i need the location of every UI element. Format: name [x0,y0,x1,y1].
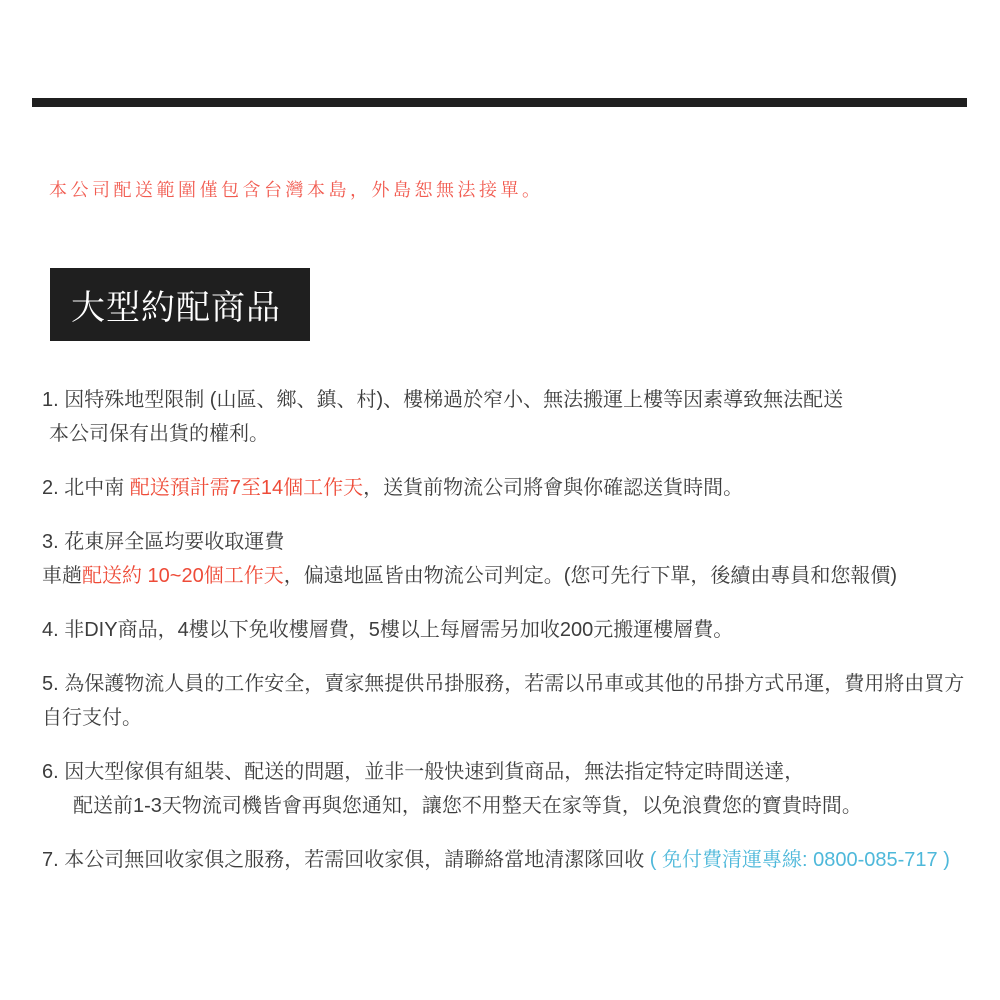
delivery-term-1: 1. 因特殊地型限制 (山區、鄉、鎮、村)、樓梯過於窄小、無法搬運上樓等因素導致… [42,383,972,451]
term-text: 本公司保有出貨的權利。 [49,423,269,445]
section-title-box: 大型約配商品 [50,268,310,341]
term-text: 2. 北中南 [42,477,130,499]
hotline-text: ( 免付費清運專線: 0800-085-717 ) [650,849,950,871]
term-text: 1. 因特殊地型限制 (山區、鄉、鎮、村)、樓梯過於窄小、無法搬運上樓等因素導致… [42,389,843,411]
term-line: 5. 為保護物流人員的工作安全，賣家無提供吊掛服務，若需以吊車或其他的吊掛方式吊… [42,667,972,701]
delivery-term-2: 2. 北中南 配送預計需7至14個工作天，送貨前物流公司將會與你確認送貨時間。 [42,471,972,505]
term-text: 3. 花東屏全區均要收取運費 [42,531,284,553]
highlight-lead-time-text: 配送約 10~20個工作天 [82,565,284,587]
term-text: 4. 非DIY商品，4樓以下免收樓層費，5樓以上每層需另加收200元搬運樓層費。 [42,619,733,641]
delivery-term-5: 5. 為保護物流人員的工作安全，賣家無提供吊掛服務，若需以吊車或其他的吊掛方式吊… [42,667,972,735]
term-text: 7. 本公司無回收家俱之服務，若需回收家俱，請聯絡當地清潔隊回收 [42,849,650,871]
term-line: 自行支付。 [42,701,972,735]
term-text: 6. 因大型傢俱有組裝、配送的問題，並非一般快速到貨商品，無法指定特定時間送達， [42,761,804,783]
term-line: 1. 因特殊地型限制 (山區、鄉、鎮、村)、樓梯過於窄小、無法搬運上樓等因素導致… [42,383,972,417]
term-line: 本公司保有出貨的權利。 [42,417,972,451]
section-title: 大型約配商品 [71,280,281,329]
delivery-term-7: 7. 本公司無回收家俱之服務，若需回收家俱，請聯絡當地清潔隊回收 ( 免付費清運… [42,843,972,877]
term-text: 配送前1-3天物流司機皆會再與您通知，讓您不用整天在家等貨，以免浪費您的寶貴時間… [73,795,862,817]
highlight-lead-time-text: 配送預計需7至14個工作天 [130,477,363,499]
term-line: 7. 本公司無回收家俱之服務，若需回收家俱，請聯絡當地清潔隊回收 ( 免付費清運… [42,843,972,877]
term-text: ，送貨前物流公司將會與你確認送貨時間。 [363,477,743,499]
delivery-term-3: 3. 花東屏全區均要收取運費 車趟配送約 10~20個工作天，偏遠地區皆由物流公… [42,525,972,593]
term-line: 車趟配送約 10~20個工作天，偏遠地區皆由物流公司判定。(您可先行下單，後續由… [42,559,972,593]
top-divider-bar [32,98,967,107]
term-text: ，偏遠地區皆由物流公司判定。(您可先行下單，後續由專員和您報價) [284,565,897,587]
delivery-term-6: 6. 因大型傢俱有組裝、配送的問題，並非一般快速到貨商品，無法指定特定時間送達，… [42,755,972,823]
term-line: 6. 因大型傢俱有組裝、配送的問題，並非一般快速到貨商品，無法指定特定時間送達， [42,755,972,789]
term-line: 2. 北中南 配送預計需7至14個工作天，送貨前物流公司將會與你確認送貨時間。 [42,471,972,505]
shipping-area-notice: 本公司配送範圍僅包含台灣本島，外島恕無法接單。 [49,176,544,202]
term-text: 自行支付。 [42,707,142,729]
term-line: 配送前1-3天物流司機皆會再與您通知，讓您不用整天在家等貨，以免浪費您的寶貴時間… [42,789,972,823]
term-text: 5. 為保護物流人員的工作安全，賣家無提供吊掛服務，若需以吊車或其他的吊掛方式吊… [42,673,964,695]
term-line: 3. 花東屏全區均要收取運費 [42,525,972,559]
term-text: 車趟 [42,565,82,587]
delivery-term-4: 4. 非DIY商品，4樓以下免收樓層費，5樓以上每層需另加收200元搬運樓層費。 [42,613,972,647]
delivery-terms-list: 1. 因特殊地型限制 (山區、鄉、鎮、村)、樓梯過於窄小、無法搬運上樓等因素導致… [42,383,972,897]
term-line: 4. 非DIY商品，4樓以下免收樓層費，5樓以上每層需另加收200元搬運樓層費。 [42,613,972,647]
